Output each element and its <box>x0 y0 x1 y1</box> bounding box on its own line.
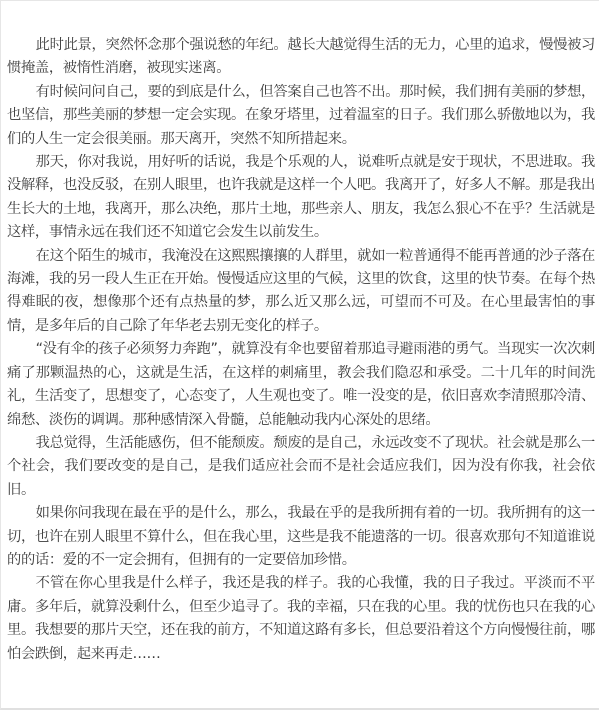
paragraph-6: 我总觉得，生活能感伤，但不能颓废。颓废的是自己，永远改变不了现状。社会就是那么一… <box>7 432 595 502</box>
paragraph-8: 不管在你心里我是什么样子，我还是我的样子。我的心我懂，我的日子我过。平淡而不平庸… <box>7 572 595 666</box>
paragraph-7: 如果你问我现在最在乎的是什么，那么，我最在乎的是我所拥有着的一切。我所拥有的这一… <box>7 502 595 572</box>
article-body: 此时此景，突然怀念那个强说愁的年纪。越长大越觉得生活的无力，心里的追求，慢慢被习… <box>7 34 595 666</box>
article-frame: 此时此景，突然怀念那个强说愁的年纪。越长大越觉得生活的无力，心里的追求，慢慢被习… <box>0 0 599 709</box>
paragraph-1: 此时此景，突然怀念那个强说愁的年纪。越长大越觉得生活的无力，心里的追求，慢慢被习… <box>7 34 595 81</box>
paragraph-2: 有时候问问自己，要的到底是什么，但答案自己也答不出。那时候，我们拥有美丽的梦想，… <box>7 81 595 151</box>
paragraph-5: “没有伞的孩子必须努力奔跑”，就算没有伞也要留着那追寻避雨港的勇气。当现实一次次… <box>7 338 595 432</box>
paragraph-3: 那天，你对我说，用好听的话说，我是个乐观的人，说难听点就是安于现状，不思进取。我… <box>7 151 595 245</box>
paragraph-4: 在这个陌生的城市，我淹没在这熙熙攘攘的人群里，就如一粒普通得不能再普通的沙子落在… <box>7 245 595 339</box>
